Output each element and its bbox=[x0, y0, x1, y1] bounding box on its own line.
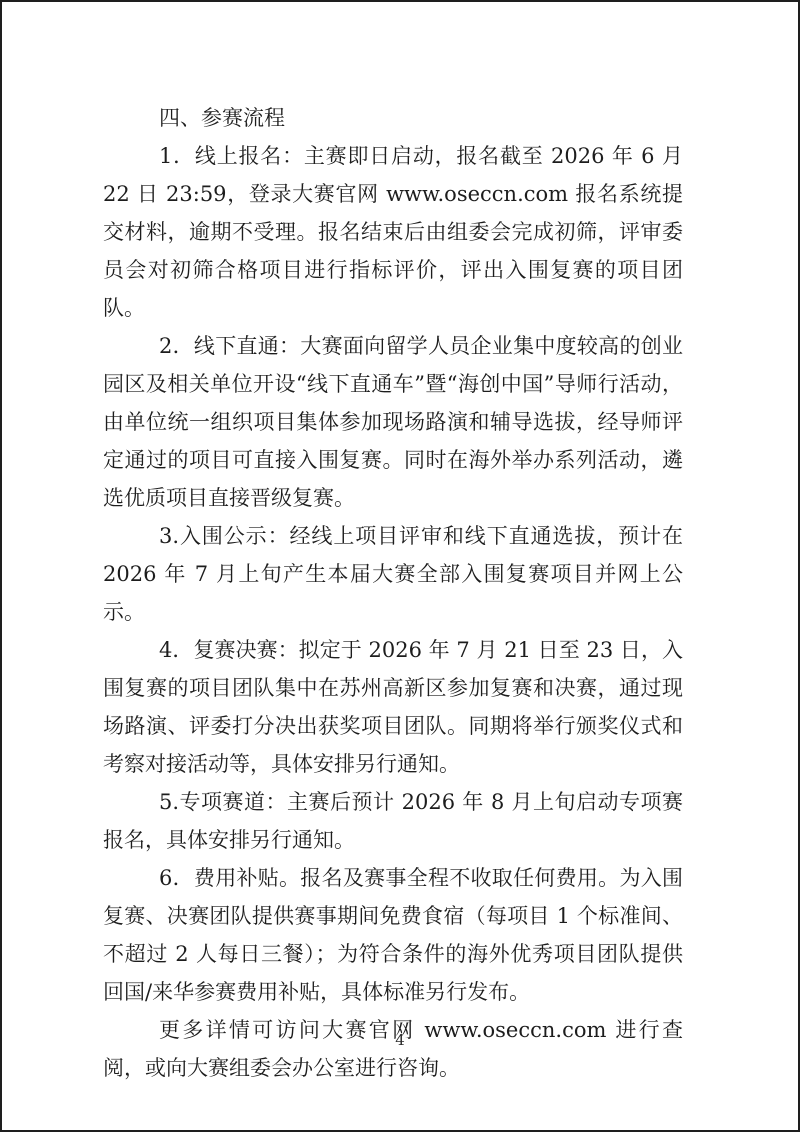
paragraph-shortlist-announcement: 3.入围公示：经线上项目评审和线下直通选拔，预计在 2026 年 7 月上旬产生… bbox=[103, 517, 683, 631]
document-body: 四、参赛流程 1．线上报名：主赛即日启动，报名截至 2026 年 6 月 22 … bbox=[103, 99, 683, 1087]
paragraph-semifinal-final: 4．复赛决赛：拟定于 2026 年 7 月 21 日至 23 日，入围复赛的项目… bbox=[103, 631, 683, 783]
document-page: 四、参赛流程 1．线上报名：主赛即日启动，报名截至 2026 年 6 月 22 … bbox=[0, 0, 800, 1132]
section-heading: 四、参赛流程 bbox=[103, 99, 683, 137]
paragraph-online-registration: 1．线上报名：主赛即日启动，报名截至 2026 年 6 月 22 日 23:59… bbox=[103, 137, 683, 327]
page-number: 4 bbox=[2, 1030, 798, 1050]
paragraph-special-track: 5.专项赛道：主赛后预计 2026 年 8 月上旬启动专项赛报名，具体安排另行通… bbox=[103, 783, 683, 859]
paragraph-offline-direct: 2．线下直通：大赛面向留学人员企业集中度较高的创业园区及相关单位开设“线下直通车… bbox=[103, 327, 683, 517]
paragraph-fee-subsidy: 6．费用补贴。报名及赛事全程不收取任何费用。为入围复赛、决赛团队提供赛事期间免费… bbox=[103, 859, 683, 1011]
